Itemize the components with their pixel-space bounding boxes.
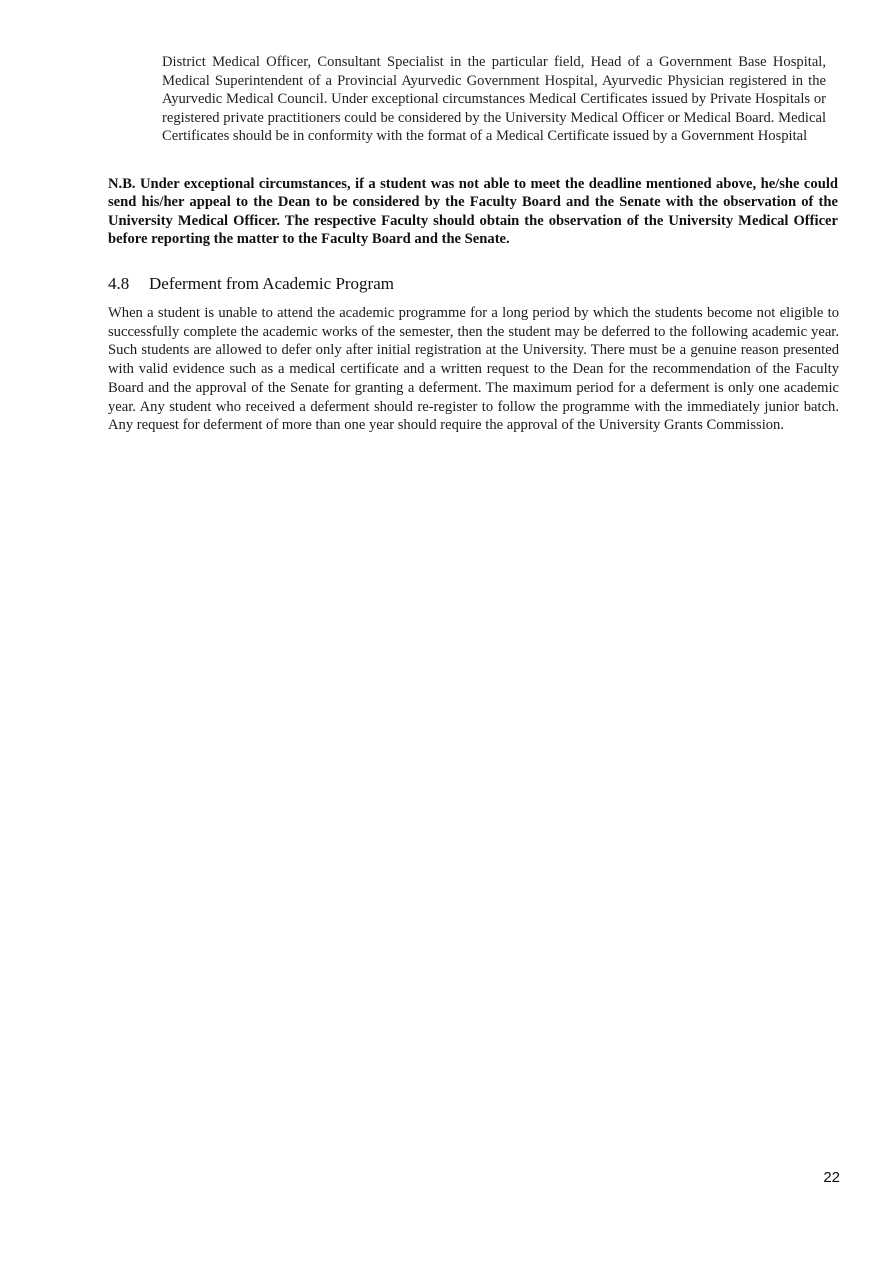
section-heading: 4.8Deferment from Academic Program — [108, 274, 394, 294]
section-number: 4.8 — [108, 274, 149, 294]
medical-certificate-paragraph: District Medical Officer, Consultant Spe… — [162, 53, 826, 146]
page-number: 22 — [823, 1169, 840, 1186]
nb-note-paragraph: N.B. Under exceptional circumstances, if… — [108, 175, 838, 248]
deferment-paragraph: When a student is unable to attend the a… — [108, 304, 839, 435]
document-page: District Medical Officer, Consultant Spe… — [0, 0, 892, 1262]
section-title: Deferment from Academic Program — [149, 274, 394, 293]
